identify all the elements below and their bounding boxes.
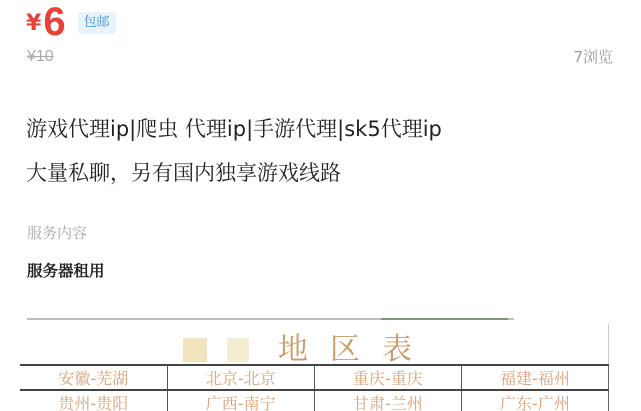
price: 6 [43, 2, 65, 42]
watermark-block [183, 338, 207, 362]
free-shipping-badge: 包邮 [78, 12, 116, 34]
table-cell: 甘肃-兰州 [314, 390, 461, 411]
table-cell: 广西-南宁 [167, 390, 314, 411]
view-count: 7浏览 [573, 46, 613, 67]
original-price: ¥10 [27, 48, 54, 66]
watermark-block [227, 338, 249, 362]
title-line-2: 大量私聊，另有国内独享游戏线路 [26, 151, 626, 195]
listing-title: 游戏代理ip|爬虫 代理ip|手游代理|sk5代理ip 大量私聊，另有国内独享游… [26, 107, 626, 195]
table-cell: 广东-广州 [461, 390, 608, 411]
table-cell: 重庆-重庆 [314, 365, 461, 390]
currency-symbol: ¥ [26, 13, 41, 35]
service-label: 服务内容 [27, 222, 87, 243]
table-cell: 贵州-贵阳 [20, 390, 167, 411]
title-line-1: 游戏代理ip|爬虫 代理ip|手游代理|sk5代理ip [26, 107, 626, 151]
divider-accent [381, 318, 508, 320]
region-table: 安徽-芜湖 北京-北京 重庆-重庆 福建-福州 贵州-贵阳 广西-南宁 甘肃-兰… [20, 364, 609, 411]
table-cell: 福建-福州 [461, 365, 608, 390]
service-value: 服务器租用 [27, 259, 105, 281]
table-cell: 安徽-芜湖 [20, 365, 167, 390]
table-cell: 北京-北京 [167, 365, 314, 390]
region-table-image[interactable]: 地区表 安徽-芜湖 北京-北京 重庆-重庆 福建-福州 贵州-贵阳 广西-南宁 … [20, 314, 610, 411]
table-row: 安徽-芜湖 北京-北京 重庆-重庆 福建-福州 [20, 365, 609, 390]
region-table-title: 地区表 [278, 324, 434, 368]
price-row: ¥ 6 包邮 [26, 2, 116, 42]
table-row: 贵州-贵阳 广西-南宁 甘肃-兰州 广东-广州 [20, 390, 609, 411]
listing-page: ¥ 6 包邮 ¥10 7浏览 游戏代理ip|爬虫 代理ip|手游代理|sk5代理… [0, 0, 641, 411]
